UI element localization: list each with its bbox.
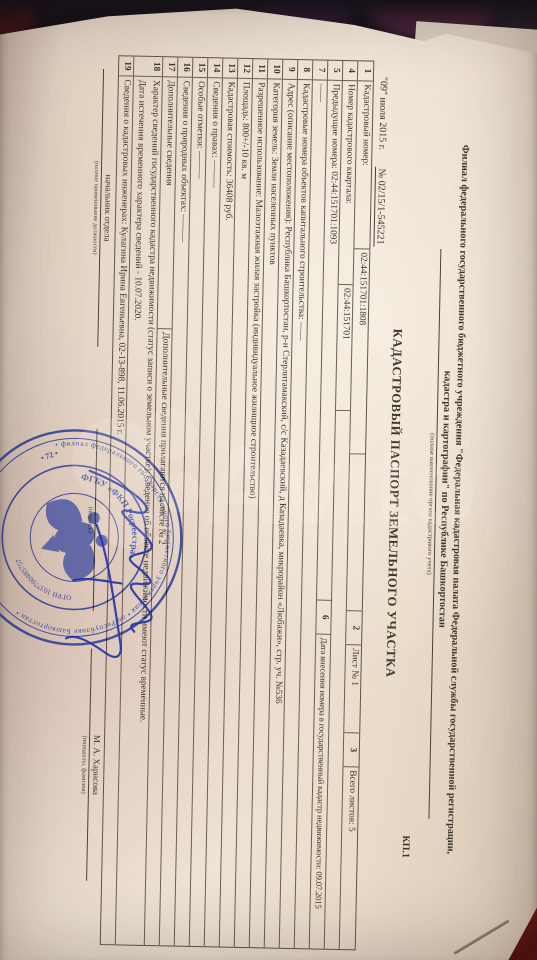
row-number: 17 [163,57,177,77]
row-number: 4 [343,61,357,81]
row-number: 14 [208,58,222,78]
row-number: 7 [313,60,327,80]
signature-name-column: М. А. Харисова (инициалы, фамилия) [78,649,104,881]
date-line: "09" июля 2015 г. № 02/15/1-545221 [374,77,389,247]
sheet-number: Лист № 1 [344,645,361,733]
row-number: 9 [283,60,297,80]
row-number: 13 [223,58,237,78]
form-code: КП.1 [400,835,411,858]
col-number-2: 2 [346,611,362,645]
empty-cell [347,454,365,611]
col-number-6: 6 [316,601,331,635]
cadastral-passport-document: Филиал федерального государственного бюд… [0,0,537,960]
row-number: 19 [119,56,133,76]
row-number: 15 [193,58,207,78]
row-number: 16 [178,58,192,78]
document-number: № 02/15/1-545221 [373,166,387,246]
col-number-3: 3 [344,733,360,767]
cadastral-number-value: 02:44:151701:1808 [350,249,369,454]
handwritten-signature [59,464,168,671]
stamp-number: • 72 • [40,448,60,462]
row-number: 8 [298,60,312,80]
signature-position-column: начальник отдела (полное наименование до… [89,69,116,347]
row-label: Кадастровый номер: [354,81,373,249]
row-number: 1 [358,61,373,81]
total-sheets: Всего листов: 5 [340,767,359,949]
document-photo: Филиал федерального государственного бюд… [0,0,537,960]
quarter-number-value: 02:44:151701 [336,285,353,411]
row-number: 10 [268,59,282,79]
row-number: 11 [253,59,267,79]
row-number: 5 [328,61,342,81]
row-number: 18 [134,57,162,78]
row-number: 12 [238,59,252,79]
document-date: "09" июля 2015 г. [376,77,389,151]
